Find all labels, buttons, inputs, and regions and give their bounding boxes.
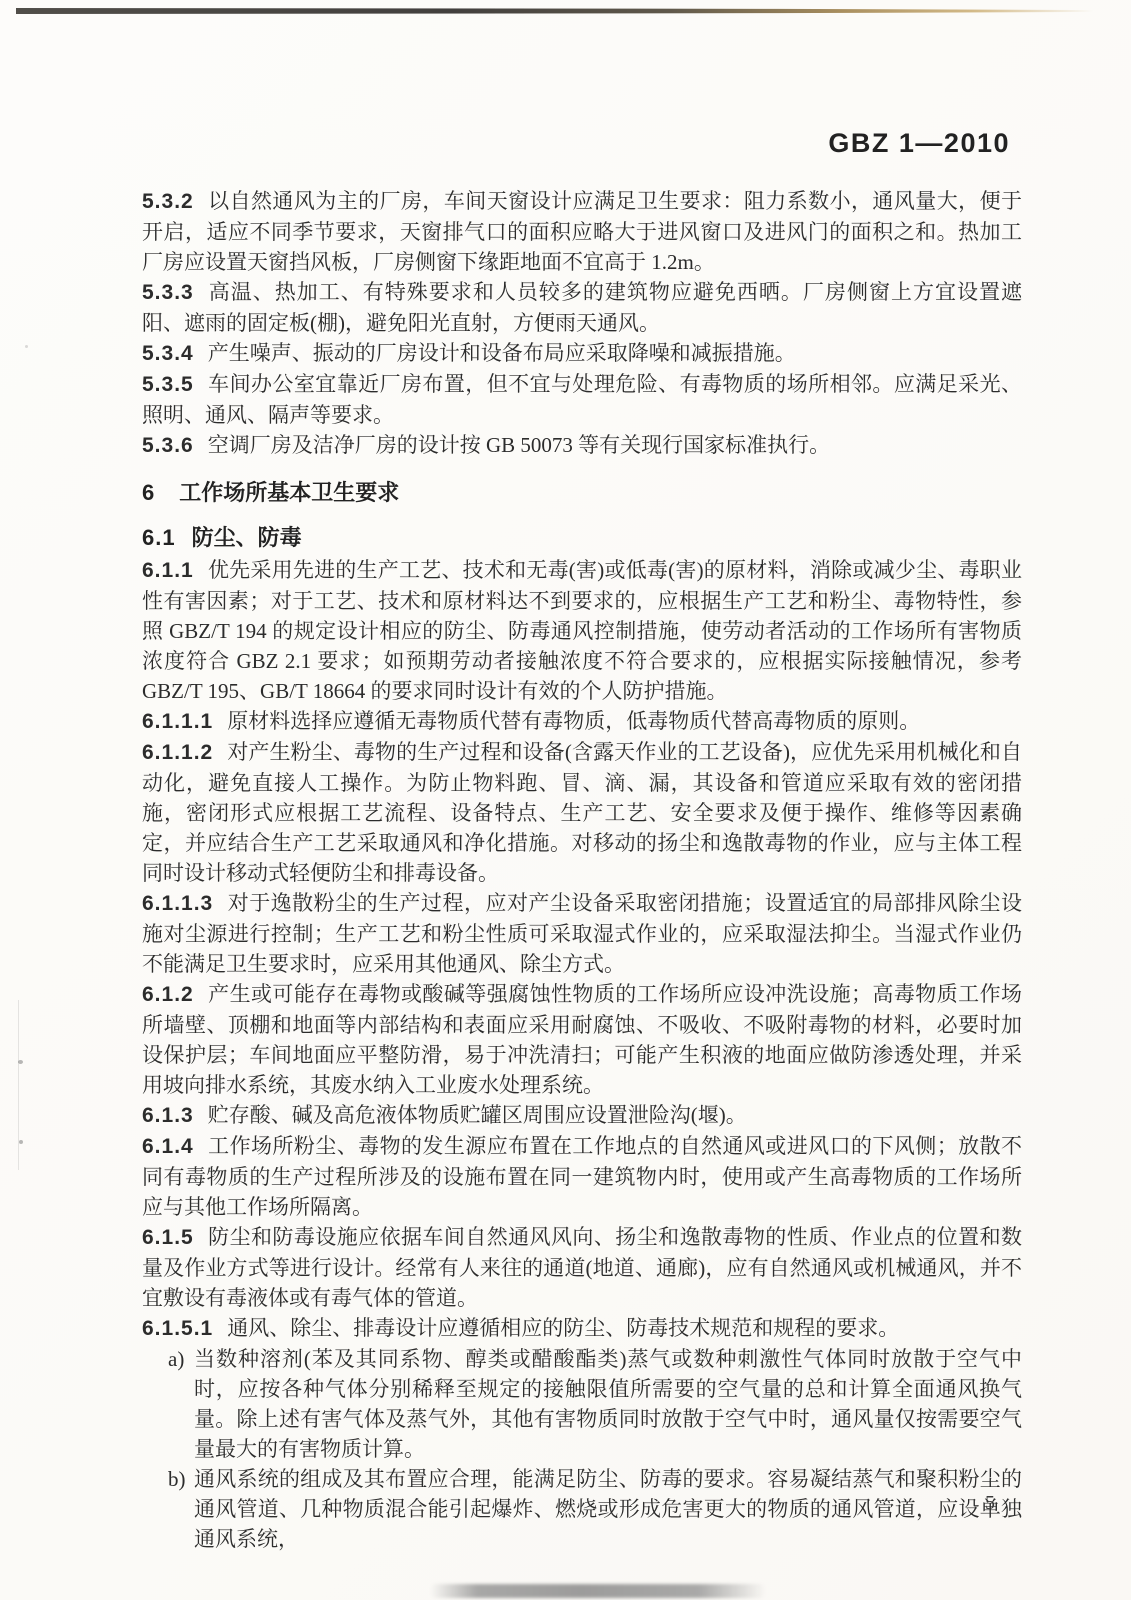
clause-6-1-2: 6.1.2产生或可能存在毒物或酸碱等强腐蚀性物质的工作场所应设冲洗设施；高毒物质…	[142, 979, 1022, 1100]
paragraph-text: 通风系统的组成及其布置应合理，能满足防尘、防毒的要求。容易凝结蒸气和聚积粉尘的通…	[194, 1467, 1022, 1551]
paragraph-text: 工作场所基本卫生要求	[179, 480, 399, 505]
clause-6-1-1-2: 6.1.1.2对产生粉尘、毒物的生产过程和设备(含露天作业的工艺设备)，应优先采…	[142, 737, 1022, 888]
paragraph-text: 原材料选择应遵循无毒物质代替有毒物质，低毒物质代替高毒物质的原则。	[227, 709, 920, 733]
clause-number: 5.3.3	[142, 281, 194, 304]
clause-number: 6.1	[142, 525, 176, 550]
scan-artifact-top-line	[16, 8, 1104, 14]
paragraph-text: 高温、热加工、有特殊要求和人员较多的建筑物应避免西晒。厂房侧窗上方宜设置遮阳、遮…	[142, 280, 1022, 335]
clause-number: 6.1.3	[142, 1104, 194, 1127]
scan-artifact-speck	[19, 1140, 23, 1144]
scan-artifact-speck	[25, 345, 28, 348]
clause-number: 5.3.2	[142, 190, 194, 213]
paragraph-text: 优先采用先进的生产工艺、技术和无毒(害)或低毒(害)的原材料，消除或减少尘、毒职…	[142, 558, 1022, 703]
list-item-b: b)通风系统的组成及其布置应合理，能满足防尘、防毒的要求。容易凝结蒸气和聚积粉尘…	[142, 1464, 1022, 1554]
clause-6-1-5-1: 6.1.5.1通风、除尘、排毒设计应遵循相应的防尘、防毒技术规范和规程的要求。	[142, 1313, 1022, 1344]
scan-artifact-speck	[18, 1060, 23, 1064]
clause-6-1-5: 6.1.5防尘和防毒设施应依据车间自然通风风向、扬尘和逸散毒物的性质、作业点的位…	[142, 1222, 1022, 1313]
paragraph-text: 以自然通风为主的厂房，车间天窗设计应满足卫生要求：阻力系数小，通风量大，便于开启…	[142, 189, 1022, 274]
scanned-document-page: GBZ 1—2010 5.3.2以自然通风为主的厂房，车间天窗设计应满足卫生要求…	[0, 0, 1131, 1600]
standard-code-header: GBZ 1—2010	[0, 128, 1010, 159]
list-item-a: a)当数种溶剂(苯及其同系物、醇类或醋酸酯类)蒸气或数种刺激性气体同时放散于空气…	[142, 1344, 1022, 1464]
list-marker: a)	[168, 1344, 184, 1374]
clause-5-3-2: 5.3.2以自然通风为主的厂房，车间天窗设计应满足卫生要求：阻力系数小，通风量大…	[142, 186, 1022, 277]
paragraph-text: 贮存酸、碱及高危液体物质贮罐区周围应设置泄险沟(堰)。	[208, 1103, 747, 1127]
paragraph-text: 工作场所粉尘、毒物的发生源应布置在工作地点的自然通风或进风口的下风侧；放散不同有…	[142, 1134, 1022, 1219]
paragraph-text: 防尘、防毒	[192, 525, 302, 550]
scan-artifact-edge-line	[18, 1000, 19, 1170]
page-number: 5	[960, 1492, 1020, 1515]
clause-number: 6.1.1.3	[142, 892, 213, 915]
section-heading-6: 6工作场所基本卫生要求	[142, 478, 1022, 508]
clause-number: 5.3.6	[142, 434, 194, 457]
clause-number: 5.3.5	[142, 373, 194, 396]
paragraph-text: 对产生粉尘、毒物的生产过程和设备(含露天作业的工艺设备)，应优先采用机械化和自动…	[142, 740, 1022, 885]
clause-number: 6.1.2	[142, 983, 194, 1006]
clause-5-3-3: 5.3.3高温、热加工、有特殊要求和人员较多的建筑物应避免西晒。厂房侧窗上方宜设…	[142, 277, 1022, 338]
clause-number: 6.1.1	[142, 559, 194, 582]
clause-6-1-4: 6.1.4工作场所粉尘、毒物的发生源应布置在工作地点的自然通风或进风口的下风侧；…	[142, 1131, 1022, 1222]
paragraph-text: 通风、除尘、排毒设计应遵循相应的防尘、防毒技术规范和规程的要求。	[227, 1316, 899, 1340]
clause-6-1-1-3: 6.1.1.3对于逸散粉尘的生产过程，应对产尘设备采取密闭措施；设置适宜的局部排…	[142, 888, 1022, 979]
paragraph-text: 产生噪声、振动的厂房设计和设备布局应采取降噪和减振措施。	[208, 341, 796, 365]
paragraph-text: 当数种溶剂(苯及其同系物、醇类或醋酸酯类)蒸气或数种刺激性气体同时放散于空气中时…	[194, 1347, 1022, 1461]
paragraph-text: 对于逸散粉尘的生产过程，应对产尘设备采取密闭措施；设置适宜的局部排风除尘设施对尘…	[142, 891, 1022, 976]
clause-number: 6.1.1.2	[142, 741, 213, 764]
scan-artifact-bottom-smudge	[430, 1584, 766, 1598]
paragraph-text: 车间办公室宜靠近厂房布置，但不宜与处理危险、有毒物质的场所相邻。应满足采光、照明…	[142, 372, 1022, 427]
clause-number: 6	[142, 480, 155, 505]
document-body: 5.3.2以自然通风为主的厂房，车间天窗设计应满足卫生要求：阻力系数小，通风量大…	[142, 186, 1022, 1554]
clause-5-3-5: 5.3.5车间办公室宜靠近厂房布置，但不宜与处理危险、有毒物质的场所相邻。应满足…	[142, 369, 1022, 430]
clause-5-3-4: 5.3.4产生噪声、振动的厂房设计和设备布局应采取降噪和减振措施。	[142, 338, 1022, 369]
clause-6-1-3: 6.1.3贮存酸、碱及高危液体物质贮罐区周围应设置泄险沟(堰)。	[142, 1100, 1022, 1131]
clause-number: 6.1.5.1	[142, 1317, 213, 1340]
section-heading-6-1: 6.1防尘、防毒	[142, 523, 1022, 553]
clause-number: 5.3.4	[142, 342, 194, 365]
paragraph-text: 产生或可能存在毒物或酸碱等强腐蚀性物质的工作场所应设冲洗设施；高毒物质工作场所墙…	[142, 982, 1022, 1097]
clause-number: 6.1.1.1	[142, 710, 213, 733]
clause-6-1-1: 6.1.1优先采用先进的生产工艺、技术和无毒(害)或低毒(害)的原材料，消除或减…	[142, 555, 1022, 706]
clause-6-1-1-1: 6.1.1.1原材料选择应遵循无毒物质代替有毒物质，低毒物质代替高毒物质的原则。	[142, 706, 1022, 737]
clause-number: 6.1.5	[142, 1226, 194, 1249]
clause-5-3-6: 5.3.6空调厂房及洁净厂房的设计按 GB 50073 等有关现行国家标准执行。	[142, 430, 1022, 461]
paragraph-text: 空调厂房及洁净厂房的设计按 GB 50073 等有关现行国家标准执行。	[208, 433, 830, 457]
paragraph-text: 防尘和防毒设施应依据车间自然通风风向、扬尘和逸散毒物的性质、作业点的位置和数量及…	[142, 1225, 1022, 1310]
list-marker: b)	[168, 1464, 186, 1494]
clause-number: 6.1.4	[142, 1135, 194, 1158]
